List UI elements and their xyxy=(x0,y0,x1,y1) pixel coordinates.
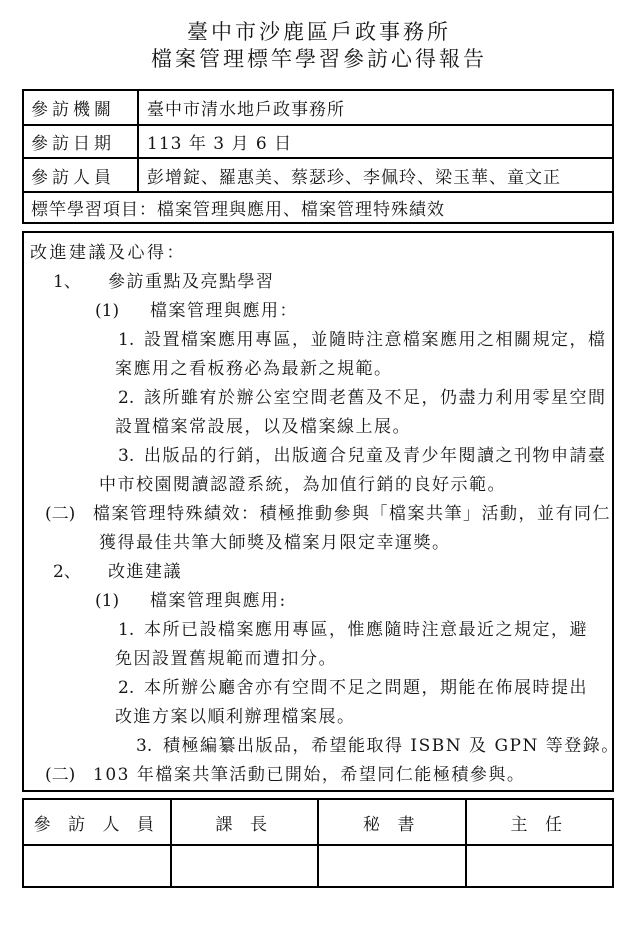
table-row: 參訪日期 113 年 3 月 6 日 xyxy=(23,125,613,158)
sig-col-section-chief: 課 長 xyxy=(171,799,319,845)
visit-agency-label: 參訪機關 xyxy=(23,90,138,125)
signature-table: 參 訪 人 員 課 長 秘 書 主 任 xyxy=(22,798,614,888)
visit-personnel-value: 彭增錠、羅惠美、蔡瑟珍、李佩玲、梁玉華、童文正 xyxy=(138,158,613,192)
table-row: 參 訪 人 員 課 長 秘 書 主 任 xyxy=(23,799,613,845)
feedback-line: 獲得最佳共筆大師獎及檔案月限定幸運獎。 xyxy=(99,529,612,558)
benchmark-items-row: 標竿學習項目：檔案管理與應用、檔案管理特殊績效 xyxy=(23,192,613,223)
sig-cell-secretary xyxy=(318,845,466,887)
feedback-line: 2.本所辦公廳舍亦有空間不足之問題，期能在佈展時提出 xyxy=(118,674,612,703)
feedback-box: 改進建議及心得： 1、參訪重點及亮點學習 (1)檔案管理與應用： 1.設置檔案應… xyxy=(22,231,614,792)
sig-cell-section-chief xyxy=(171,845,319,887)
table-row: 參訪人員 彭增錠、羅惠美、蔡瑟珍、李佩玲、梁玉華、童文正 xyxy=(23,158,613,192)
report-page: 臺中市沙鹿區戶政事務所 檔案管理標竿學習參訪心得報告 參訪機關 臺中市清水地戶政… xyxy=(0,0,638,925)
title-line-org: 臺中市沙鹿區戶政事務所 xyxy=(0,19,638,46)
sig-cell-visitors xyxy=(23,845,171,887)
feedback-line: 設置檔案常設展，以及檔案線上展。 xyxy=(115,413,612,442)
table-row xyxy=(23,845,613,887)
feedback-line: 3.出版品的行銷，出版適合兒童及青少年閱讀之刊物申請臺 xyxy=(118,442,612,471)
feedback-line: 3.積極編纂出版品，希望能取得 ISBN 及 GPN 等登錄。 xyxy=(136,732,612,761)
sig-col-secretary: 秘 書 xyxy=(318,799,466,845)
feedback-line: 2.該所雖宥於辦公室空間老舊及不足，仍盡力利用零星空間 xyxy=(118,384,612,413)
feedback-line: 免因設置舊規範而遭扣分。 xyxy=(115,645,612,674)
sig-cell-director xyxy=(466,845,614,887)
feedback-line: 改進方案以順利辦理檔案展。 xyxy=(115,703,612,732)
visit-info-table: 參訪機關 臺中市清水地戶政事務所 參訪日期 113 年 3 月 6 日 參訪人員… xyxy=(22,89,614,224)
feedback-line: 中市校園閱讀認證系統，為加值行銷的良好示範。 xyxy=(99,471,612,500)
visit-date-value: 113 年 3 月 6 日 xyxy=(138,125,613,158)
sig-col-visitors: 參 訪 人 員 xyxy=(23,799,171,845)
visit-agency-value: 臺中市清水地戶政事務所 xyxy=(138,90,613,125)
feedback-line: (二)檔案管理特殊績效：積極推動參與「檔案共筆」活動，並有同仁 xyxy=(45,500,612,529)
feedback-line: 2、改進建議 xyxy=(53,558,612,587)
feedback-line: 1、參訪重點及亮點學習 xyxy=(53,268,612,297)
feedback-line: (二)103 年檔案共筆活動已開始，希望同仁能極積參與。 xyxy=(45,761,612,790)
document-title: 臺中市沙鹿區戶政事務所 檔案管理標竿學習參訪心得報告 xyxy=(0,0,638,73)
feedback-line: 1.本所已設檔案應用專區，惟應隨時注意最近之規定，避 xyxy=(118,616,612,645)
visit-personnel-label: 參訪人員 xyxy=(23,158,138,192)
feedback-line: 1.設置檔案應用專區，並隨時注意檔案應用之相關規定，檔 xyxy=(118,326,612,355)
feedback-line: (1)檔案管理與應用： xyxy=(95,297,612,326)
feedback-line: 案應用之看板務必為最新之規範。 xyxy=(115,355,612,384)
table-row: 參訪機關 臺中市清水地戶政事務所 xyxy=(23,90,613,125)
table-row: 標竿學習項目：檔案管理與應用、檔案管理特殊績效 xyxy=(23,192,613,223)
visit-date-label: 參訪日期 xyxy=(23,125,138,158)
feedback-heading: 改進建議及心得： xyxy=(30,239,612,268)
sig-col-director: 主 任 xyxy=(466,799,614,845)
title-line-report: 檔案管理標竿學習參訪心得報告 xyxy=(0,46,638,73)
feedback-line: (1)檔案管理與應用: xyxy=(95,587,612,616)
